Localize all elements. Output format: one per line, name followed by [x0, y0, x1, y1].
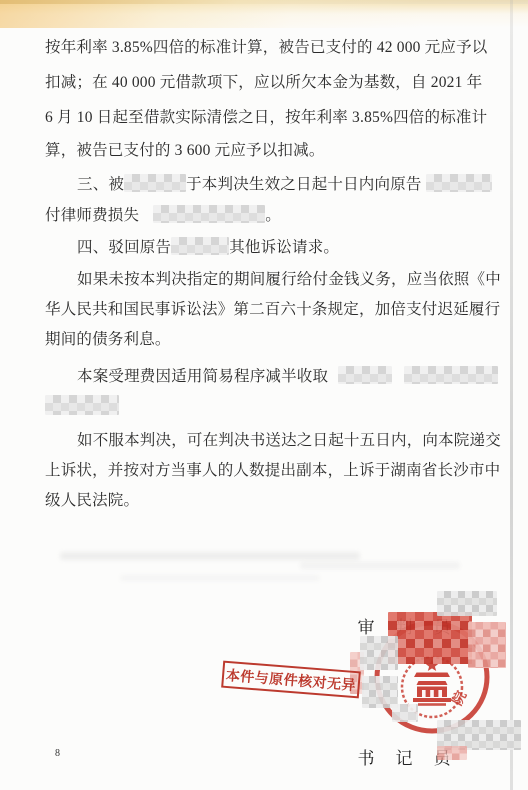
document-text: 三、被 — [77, 176, 124, 193]
scanned-court-judgment-page: { "document": { "lines": [ {"top":38,"x"… — [0, 0, 528, 790]
seal-redaction-mosaic-gray — [360, 636, 398, 670]
document-line: 如不服本判决，可在判决书送达之日起十五日内，向本院递交 — [77, 431, 501, 451]
document-text: 如不服本判决，可在判决书送达之日起十五日内，向本院递交 — [77, 432, 501, 449]
document-line: 三、被于本判决生效之日起十日内向原告 — [77, 174, 492, 195]
redacted-text — [153, 205, 265, 223]
redacted-text — [426, 174, 492, 192]
document-line: 级人民法院。 — [45, 491, 139, 511]
verification-stamp: 本件与原件核对无异 — [221, 661, 361, 699]
document-line — [45, 395, 119, 418]
bleed-through-smudge — [120, 575, 320, 581]
seal-redaction-mosaic-pink — [468, 622, 506, 668]
document-text: 如果未按本判决指定的期间履行给付金钱义务，应当依照《中 — [77, 271, 501, 288]
clerk-name-redaction-overlap — [437, 746, 467, 760]
document-text: 期间的债务利息。 — [45, 331, 171, 348]
judge-name-redacted — [437, 591, 497, 616]
document-text: 按年利率 3.85%四倍的标准计算，被告已支付的 42 000 元应予以 — [45, 39, 488, 56]
document-text: 付律师费损失 — [45, 207, 139, 224]
redacted-text — [124, 174, 186, 192]
document-text: 。 — [265, 207, 281, 224]
bleed-through-smudge — [60, 552, 360, 560]
document-line: 算，被告已支付的 3 600 元应予以扣减。 — [45, 141, 325, 161]
redacted-text — [404, 366, 498, 384]
document-text: 级人民法院。 — [45, 492, 139, 509]
document-text: 扣减；在 40 000 元借款项下，应以所欠本金为基数，自 2021 年 — [45, 74, 482, 91]
redacted-text — [45, 395, 119, 415]
photo-top-edge-line — [0, 0, 528, 4]
document-text: 本案受理费因适用简易程序减半收取 — [77, 368, 328, 385]
document-text: 于本判决生效之日起十日内向原告 — [186, 176, 422, 193]
photo-top-edge-tint — [0, 0, 528, 28]
redacted-text — [171, 237, 229, 255]
document-line: 上诉状，并按对方当事人的人数提出副本，上诉于湖南省长沙市中 — [45, 461, 500, 481]
document-text: 算，被告已支付的 3 600 元应予以扣减。 — [45, 142, 325, 159]
document-text: 华人民共和国民事诉讼法》第二百六十条规定，加倍支付迟延履行 — [45, 301, 500, 318]
document-line: 期间的债务利息。 — [45, 330, 171, 350]
page-number: 8 — [55, 748, 60, 759]
document-text: 其他诉讼请求。 — [229, 239, 339, 256]
verification-stamp-text: 本件与原件核对无异 — [225, 664, 357, 694]
document-line: 付律师费损失。 — [45, 205, 281, 226]
seal-gate-roof — [414, 673, 450, 678]
document-line: 四、驳回原告其他诉讼请求。 — [77, 237, 339, 258]
document-line: 6 月 10 日起至借款实际清偿之日，按年利率 3.85%四倍的标准计 — [45, 108, 487, 128]
seal-redaction-mosaic-gray — [392, 704, 418, 722]
page-right-edge-shadow — [510, 0, 513, 790]
document-line: 如果未按本判决指定的期间履行给付金钱义务，应当依照《中 — [77, 270, 501, 290]
document-line: 扣减；在 40 000 元借款项下，应以所欠本金为基数，自 2021 年 — [45, 73, 482, 93]
redacted-text — [338, 366, 392, 384]
document-text: 6 月 10 日起至借款实际清偿之日，按年利率 3.85%四倍的标准计 — [45, 109, 487, 126]
document-line: 按年利率 3.85%四倍的标准计算，被告已支付的 42 000 元应予以 — [45, 38, 488, 58]
document-text: 上诉状，并按对方当事人的人数提出副本，上诉于湖南省长沙市中 — [45, 462, 500, 479]
document-line: 本案受理费因适用简易程序减半收取 — [77, 366, 498, 387]
document-line: 华人民共和国民事诉讼法》第二百六十条规定，加倍支付迟延履行 — [45, 300, 500, 320]
bleed-through-smudge — [300, 562, 460, 569]
document-text: 四、驳回原告 — [77, 239, 171, 256]
seal-redaction-mosaic-red — [388, 612, 472, 664]
